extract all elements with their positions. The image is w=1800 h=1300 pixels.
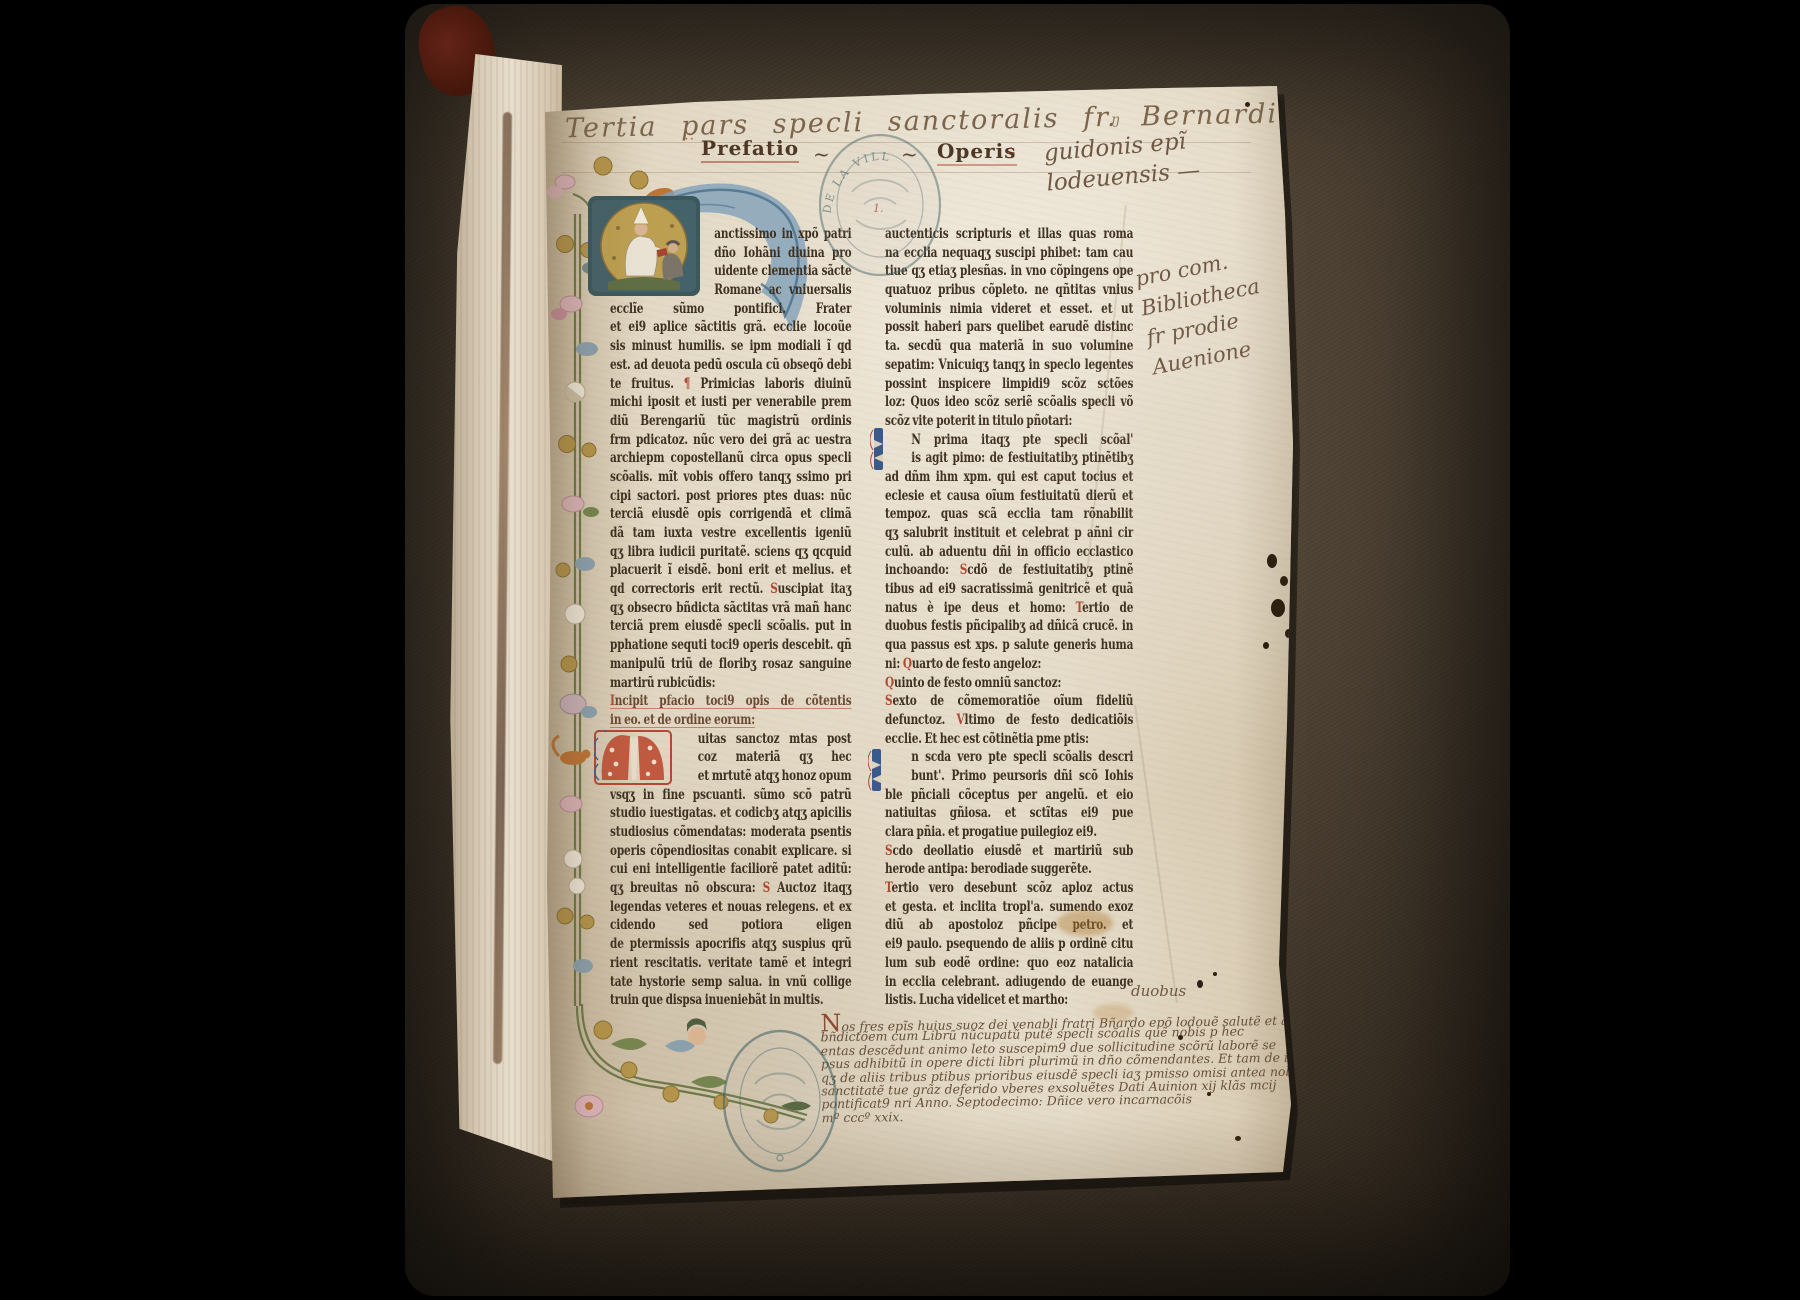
text-line: ecclie. Et hec est cõtinẽtia pme ptis:: [885, 730, 1133, 749]
text-line: scõalis. mĩt vobis offero tanqʒ ssimo pr…: [610, 468, 852, 487]
tilde-ornament: ~: [901, 142, 918, 166]
text-line: qd correctoris erit rectũ. Suscipiat ita…: [610, 580, 852, 599]
text-line: qʒ libra iudicii puritatẽ. sciens qʒ qcq…: [610, 543, 852, 562]
text-segment: V: [957, 712, 965, 728]
orange-stain: [1057, 910, 1113, 936]
text-line: herode antipa: berodiade suggerẽte.: [885, 860, 1133, 879]
margin-annotation: pro com.Bibliothecafr prodieAuenione: [1133, 242, 1274, 383]
text-line: scõz vite poterit in titulo pñotari:: [885, 412, 1133, 431]
text-line: cidendo sed potiora eligen: [610, 916, 852, 935]
text-line: anctissimo in xpõ patri: [610, 225, 852, 244]
stamp-ring-text: DE LA VILL: [820, 150, 892, 215]
text-line: ble pñciali cõceptus per angelũ. et eio: [885, 786, 1133, 805]
text-line: voluminis nimia videret et esset. et ut: [885, 300, 1133, 319]
text-line: ad dñm ihm xpm. qui est caput tocius et: [885, 468, 1133, 487]
text-column-left: anctissimo in xpõ patridño Iohãni diuina…: [610, 225, 852, 1010]
folio-mark: ŋ: [1111, 112, 1120, 128]
text-segment: defunctoz.: [885, 712, 957, 728]
text-segment: uarto de festo angeloz:: [912, 656, 1041, 672]
text-line: pphatione sequti toci9 operis descebit. …: [610, 636, 852, 655]
ink-stain: [1267, 554, 1277, 568]
text-line: defunctoz. Vltimo de festo dedicatiõis: [885, 711, 1133, 730]
ink-stain: [1280, 576, 1288, 586]
ink-dot: [1235, 1136, 1241, 1141]
filigree-initial-I: [868, 749, 884, 791]
ink-dot: [1207, 1092, 1211, 1096]
filigree-initial-I: [870, 428, 886, 470]
text-line: manipulũ triũ de floribʒ rosaz sanguine: [610, 655, 852, 674]
section-header-operis: Operis: [937, 139, 1017, 166]
orange-stain: [1093, 1004, 1133, 1022]
text-segment: cdo deollatio eiusdẽ et martiriũ sub: [892, 843, 1133, 859]
text-line: ecclĩe sũmo pontifici. Frater: [610, 300, 852, 319]
text-line: tempoz. quas scã ecclia tam rõnabilit: [885, 505, 1133, 524]
text-line: placuerit ĩ eisdẽ. boni erit et melius. …: [610, 561, 852, 580]
svg-text:DE LA VILL: DE LA VILL: [820, 150, 892, 215]
text-line: rient rescitatis. veritate tamẽ et integ…: [610, 954, 852, 973]
text-segment: exto de cõmemoratiõe oĩum fideliũ: [892, 693, 1133, 709]
text-line: sis minust humilis. se ipm modiali ĩ qd: [610, 337, 852, 356]
text-line: est. ad deuota pedũ oscula cũ obseqõ deb…: [610, 356, 852, 375]
text-line: tiue qʒ etiaʒ plesñas. in vno cõpingens …: [885, 262, 1133, 281]
text-segment: Q: [903, 656, 912, 672]
text-line: quatuoz pribus cõpleto. ne qñtitas vnius: [885, 281, 1133, 300]
text-segment: ncipit pfacio toci9 opis de cõtentis: [615, 693, 852, 709]
section-header-prefatio: Prefatio: [701, 136, 799, 163]
text-line: bunt'. Primo peursoris dñi scõ Iohis: [885, 767, 1133, 786]
text-line: Tertio vero desebunt scõz aploz actus: [885, 879, 1133, 898]
text-line: duobus festis pñcipalibʒ ad dñicã crucẽ.…: [885, 617, 1133, 636]
text-segment: qd correctoris erit rectũ.: [610, 581, 770, 597]
text-line: uitas sanctoz mtas post scti: [610, 730, 852, 749]
parchment-page: Tertia pars specli sanctoralis fr. Berna…: [545, 84, 1295, 1204]
text-line: coz materiã qʒ hec cõstituta: [610, 748, 852, 767]
red-dots-ornament: ∴: [1007, 144, 1016, 159]
ink-stain: [1271, 599, 1285, 617]
text-segment: ertio vero desebunt scõz aploz actus: [891, 880, 1133, 896]
ink-dot: [1178, 1035, 1183, 1040]
text-line: inchoando: Scdõ de festiuitatibʒ ptinẽ: [885, 561, 1133, 580]
text-line: loz: Quos ideo scõz seriẽ scõalis specli…: [885, 393, 1133, 412]
text-line: ta. secdũ qua materiã in suo volumine: [885, 337, 1133, 356]
text-segment: S: [885, 843, 892, 859]
text-line: Sexto de cõmemoratiõe oĩum fideliũ: [885, 692, 1133, 711]
text-line: archiepm copostellanũ circa opus specli: [610, 449, 852, 468]
text-segment: S: [885, 693, 892, 709]
text-segment: inchoando:: [885, 562, 960, 578]
ink-dot: [1197, 980, 1203, 988]
text-line: ei9 paulo. psequendo de aliis p ordinẽ c…: [885, 935, 1133, 954]
parchment-crease: [1134, 705, 1178, 1002]
text-line: legendas veteres et nouas relegens. et e…: [610, 898, 852, 917]
text-line: cipi sactori. post priores ptes duas: nũ…: [610, 487, 852, 506]
text-line: eclesie et causa oĩum festiuitatũ dierũ …: [885, 487, 1133, 506]
text-line: qʒ salubrit instituit et celebrat p añni…: [885, 524, 1133, 543]
ink-dot: [1213, 972, 1217, 976]
attribution-note: guidonis epĩlodeuensis —: [1043, 125, 1202, 198]
text-segment: cdõ de festiuitatibʒ ptinẽ: [967, 562, 1133, 578]
text-column-right: auctenticis scripturis et illas quas rom…: [885, 225, 1133, 1010]
text-line: Romane ac vniuersalis: [610, 281, 852, 300]
text-line: et ei9 aplice sãctitis grã. ecclie locoũ…: [610, 318, 852, 337]
text-line: natus è ipe deus et homo: Tertio de: [885, 599, 1133, 618]
text-segment: natus è ipe deus et homo:: [885, 600, 1076, 616]
manuscript-photograph: Tertia pars specli sanctoralis fr. Berna…: [0, 0, 1800, 1300]
text-line: possit haberi pars quelibet earudẽ disti…: [885, 318, 1133, 337]
ink-stain: [1263, 642, 1269, 649]
text-line: cui eni intelligentie faciliorẽ patet ad…: [610, 860, 852, 879]
text-segment: ni:: [885, 656, 903, 672]
text-line: tate hystorie semp salua. in vnũ collige: [610, 973, 852, 992]
text-line: ni: Quarto de festo angeloz:: [885, 655, 1133, 674]
text-line: diũ Berengariũ tũc magistrũ ordinis: [610, 412, 852, 431]
text-line: et mrtutẽ atqʒ honoz opum: [610, 767, 852, 786]
text-line: te fruitus. ¶ Primicias laboris diuinũ: [610, 375, 852, 394]
text-line: terciã prem eiusdẽ specli scõalis. put i…: [610, 617, 852, 636]
text-line: martirũ rubicũdis:: [610, 674, 852, 693]
text-segment: Auctoz itaqʒ: [770, 880, 851, 896]
text-line: uidente clementia sãcte: [610, 262, 852, 281]
text-line: dño Iohãni diuina pro: [610, 244, 852, 263]
text-line: na ecclia nequaqʒ suscipi phibet: tam ca…: [885, 244, 1133, 263]
text-segment: qʒ breuitas nõ obscura:: [610, 880, 763, 896]
text-line: in ecclia celebrant. adiugendo de euange: [885, 973, 1133, 992]
text-segment: uscipiat itaʒ: [778, 581, 852, 597]
text-line: de ptermissis apocrifis atqʒ suspius qrũ: [610, 935, 852, 954]
text-segment: uinto de festo omniũ sanctoz:: [894, 675, 1061, 691]
text-line: lum sub eodẽ ordine: quo eoz natalicia: [885, 954, 1133, 973]
text-line: clara pñia. et progatiue puilegioz ei9.: [885, 823, 1133, 842]
text-line: qʒ obsecro bñdicta sãctitas vrã mañ hanc: [610, 599, 852, 618]
text-segment: ltimo de festo dedicatiõis: [965, 712, 1134, 728]
text-line: qua passus est xps. p salute generis hum…: [885, 636, 1133, 655]
text-line: truin que dispsa inueniebãt in multis.: [610, 991, 852, 1010]
text-segment: te fruitus.: [610, 376, 684, 392]
text-line: operis cõpendiositas conabit explicare. …: [610, 842, 852, 861]
text-line: Scdo deollatio eiusdẽ et martiriũ sub: [885, 842, 1133, 861]
text-line: tibus ad ei9 sacratissimã genitricẽ et q…: [885, 580, 1133, 599]
text-line: qʒ breuitas nõ obscura: S Auctoz itaqʒ: [610, 879, 852, 898]
text-segment: Q: [885, 675, 894, 691]
text-line: Incipit pfacio toci9 opis de cõtentis: [610, 692, 852, 711]
text-line: dã tam iuxta vestre excellentis igeniũ: [610, 524, 852, 543]
text-line: culũ. ab aduentu dñi in officio ecclasti…: [885, 543, 1133, 562]
bottom-annotation: Nos fres epĩs huius suoz dei venabli fra…: [820, 1011, 1303, 1125]
vine-bottom-flourish: [575, 1018, 811, 1123]
text-line: in eo. et de ordine eorum:: [610, 711, 852, 730]
text-line: frm pdicatoz. nũc vero dei grã ac uestra: [610, 431, 852, 450]
text-line: n scda vero pte specli scõalis descri: [885, 748, 1133, 767]
tilde-ornament: ~: [813, 142, 830, 166]
text-line: is agit pimo: de festiuitatibʒ ptinẽtibʒ: [885, 449, 1133, 468]
ink-dot: [1245, 102, 1250, 107]
text-segment: ertio de: [1082, 600, 1133, 616]
text-line: natiuitas gñiosa. et sctĩtas ei9 pue: [885, 804, 1133, 823]
text-line: auctenticis scripturis et illas quas rom…: [885, 225, 1133, 244]
vine-top-cluster: [547, 157, 612, 216]
text-line: possint inspicere limpidi9 scõz sctões s…: [885, 375, 1133, 394]
text-line: terciã eiusdẽ opis corrigendã et climã: [610, 505, 852, 524]
side-annotation: duobus: [1131, 982, 1186, 1000]
text-line: vsqʒ in fine pscuanti. sũmo scõ patrũ: [610, 786, 852, 805]
text-line: studiosius cõmendatas: moderata psentis: [610, 823, 852, 842]
vine-nodes: [551, 236, 600, 974]
text-line: N prima itaqʒ pte specli scõal': [885, 431, 1133, 450]
text-segment: S: [960, 562, 967, 578]
text-segment: S: [770, 581, 777, 597]
text-segment: Primicias laboris diuinũ: [690, 376, 851, 392]
text-line: sepatim: Vnicuiqʒ tanqʒ in speclo legent…: [885, 356, 1133, 375]
text-line: studio iuestigatas. et codicbʒ atqʒ apic…: [610, 804, 852, 823]
text-line: michi iposit et iusti per venerabile pre…: [610, 393, 852, 412]
red-dots-ornament: ∴: [685, 130, 694, 145]
stamp-center-mark: 1.: [873, 202, 884, 215]
text-line: Quinto de festo omniũ sanctoz:: [885, 674, 1133, 693]
